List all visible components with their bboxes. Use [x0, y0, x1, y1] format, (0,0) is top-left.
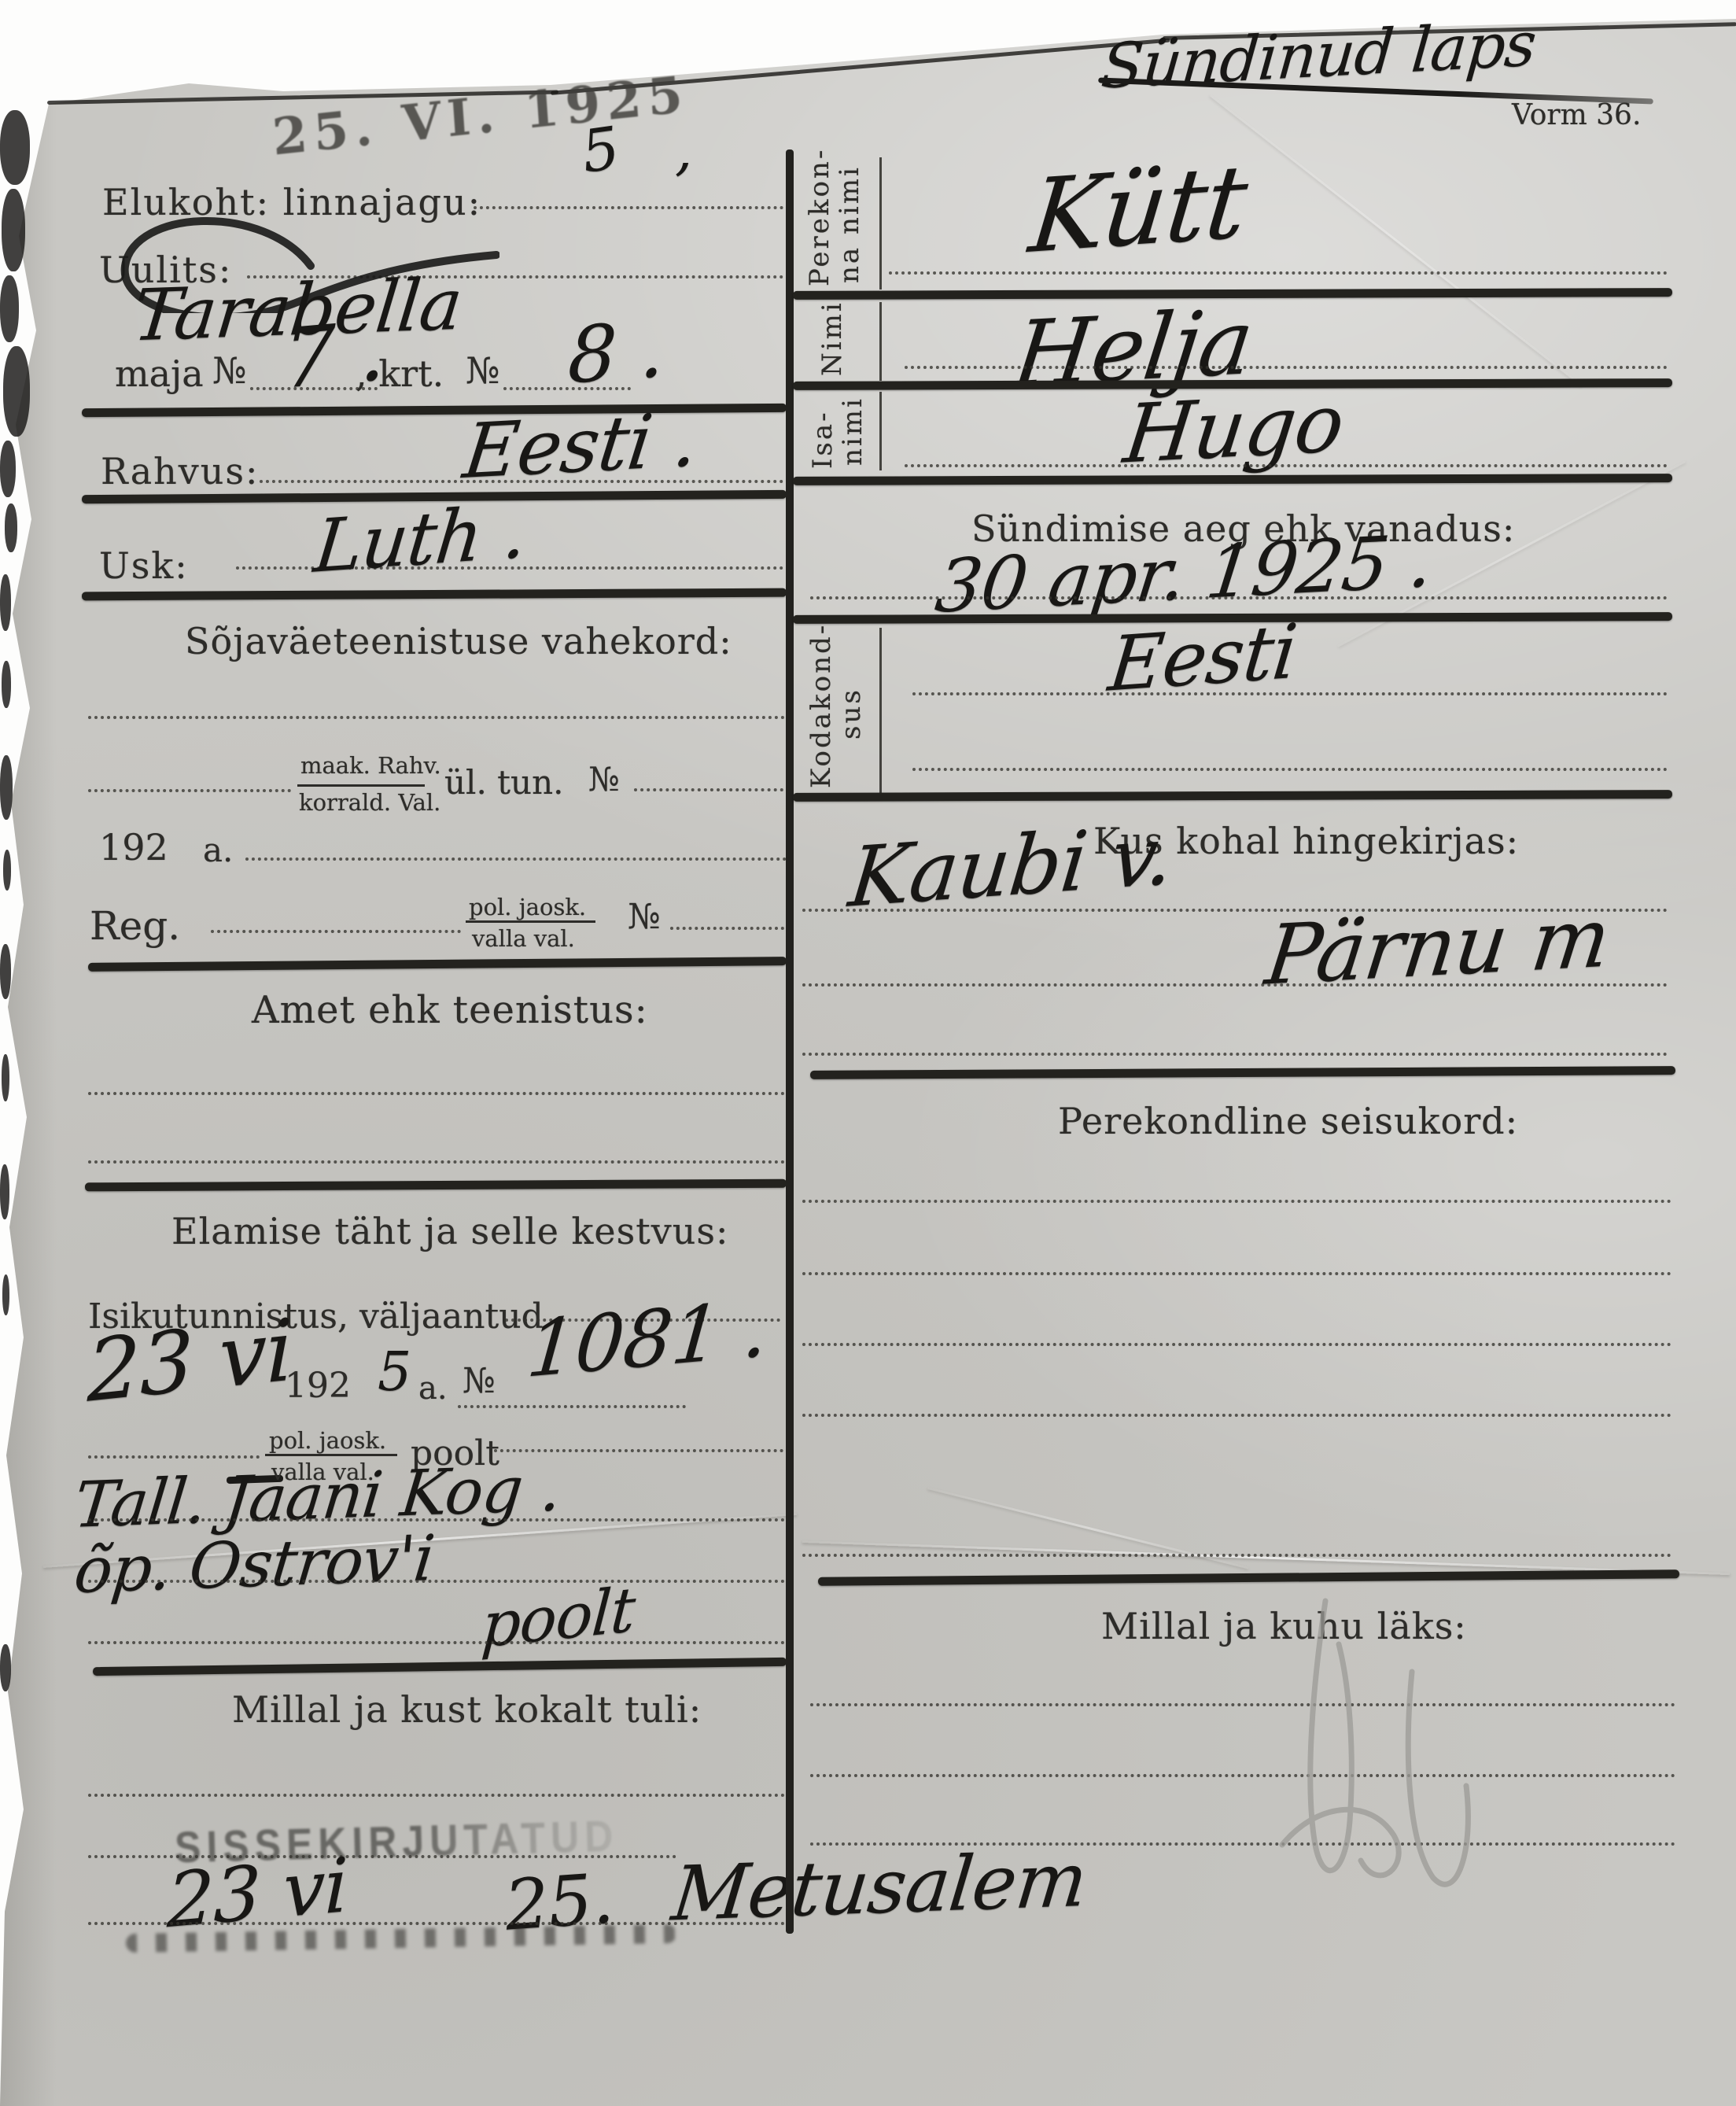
apt-no-handwriting: 8 .: [566, 304, 665, 401]
valla-val-label: valla val.: [472, 925, 575, 952]
dotted-line: [802, 1554, 1671, 1557]
military-header: Sõjaväeteenistuse vahekord:: [185, 620, 732, 662]
kodakondsus-label: sus: [835, 688, 867, 739]
millal-tuli-header: Millal ja kust kokalt tuli:: [232, 1688, 702, 1731]
maja-no-sign: №: [212, 349, 247, 392]
dotted-line: [802, 1343, 1671, 1346]
nimi-label: Nimi: [816, 301, 848, 376]
label-separator: [879, 302, 882, 381]
torn-edge-shadow: [2, 1274, 9, 1315]
rahvus-label: Rahvus:: [101, 450, 259, 492]
dotted-line: [912, 768, 1668, 771]
dotted-line: [88, 1580, 785, 1583]
label-separator: [879, 628, 882, 795]
torn-edge-shadow: [5, 503, 17, 552]
dotted-line: [245, 858, 787, 861]
dotted-line: [905, 464, 1668, 467]
label-separator: [879, 392, 882, 470]
isanimi-label: Isa-: [807, 410, 839, 469]
torn-edge-shadow: [0, 275, 19, 342]
dotted-line: [802, 983, 1668, 987]
torn-edge-shadow: [3, 850, 11, 891]
dotted-line: [88, 1092, 785, 1095]
maak-rahv-label: maak. Rahv.: [300, 752, 441, 779]
dotted-line: [810, 1842, 1675, 1846]
dotted-line: [802, 1272, 1671, 1275]
torn-edge-shadow: [2, 189, 25, 271]
ul-tun-no-sign: №: [588, 760, 620, 799]
dotted-line: [810, 1774, 1675, 1777]
dotted-line: [88, 716, 785, 719]
torn-edge-shadow: [0, 755, 13, 820]
dotted-line: [905, 366, 1668, 369]
dotted-line: [634, 788, 783, 791]
pol-jaosk-label-2: pol. jaosk.: [269, 1427, 386, 1454]
torn-edge-shadow: [0, 944, 11, 999]
dotted-line: [802, 1053, 1668, 1056]
dotted-line: [670, 927, 784, 930]
dotted-line: [810, 596, 1668, 599]
krt-label: , krt.: [356, 352, 444, 395]
korrald-val-label: korrald. Val.: [299, 789, 440, 816]
dotted-line: [889, 271, 1668, 275]
krt-no-sign: №: [466, 349, 500, 392]
fraction-line: [297, 784, 425, 787]
hingekirjas-value2-handwriting: Pärnu m: [1261, 889, 1615, 1004]
torn-edge-shadow: [2, 1054, 9, 1101]
year-label: 192: [99, 826, 168, 869]
id-year-handwriting: 5: [378, 1341, 411, 1403]
dotted-line: [88, 1922, 785, 1925]
reg-no-sign: №: [628, 897, 661, 937]
dotted-line: [802, 1200, 1671, 1203]
fraction-line: [466, 920, 595, 923]
usk-label: Usk:: [99, 544, 189, 587]
torn-edge-shadow: [0, 1644, 11, 1691]
year-a-label: a.: [203, 831, 233, 869]
torn-edge-shadow: [0, 441, 16, 497]
seisukord-header: Perekondline seisukord:: [1058, 1100, 1518, 1142]
dotted-line: [88, 1641, 785, 1644]
reg-date-handwriting: 23 vi: [166, 1842, 348, 1946]
dotted-line: [88, 789, 291, 792]
dotted-line: [88, 1455, 260, 1459]
torn-edge-shadow: [0, 1164, 9, 1219]
fraction-line: [265, 1454, 397, 1456]
id-a-label: a.: [418, 1370, 448, 1407]
dotted-line: [802, 1414, 1671, 1417]
kodakondsus-label: Kodakond-: [805, 623, 837, 788]
divider-line: [786, 149, 794, 1934]
issuer-line2-handwriting: õp. Ostrov'i: [71, 1521, 437, 1607]
dotted-line: [912, 692, 1668, 695]
dotted-line: [211, 930, 461, 933]
id-year-printed: 192: [285, 1366, 351, 1406]
perekonnanimi-label: Perekon-: [804, 148, 835, 286]
maja-label: maja: [115, 352, 204, 395]
usk-value-handwriting: Luth .: [311, 489, 531, 589]
dotted-line: [458, 1405, 686, 1408]
rahvus-value-handwriting: Eesti .: [459, 396, 702, 496]
scanned-document: Sündinud laps Vorm 36. 25. VI. 1925 5 , …: [0, 0, 1736, 2106]
date-tick-handwriting: ,: [675, 118, 691, 183]
torn-edge-shadow: [2, 661, 11, 708]
pol-jaosk-label: pol. jaosk.: [469, 894, 586, 920]
dotted-line: [88, 1794, 785, 1797]
form-number: Vorm 36.: [1512, 99, 1641, 131]
perekonnanimi-label: na nimi: [834, 165, 865, 283]
surname-handwriting: Kütt: [1024, 143, 1251, 277]
ul-tun-label: ül. tun.: [444, 763, 564, 802]
torn-edge-shadow: [3, 346, 30, 437]
dotted-line: [810, 1703, 1675, 1706]
id-no-sign: №: [463, 1361, 496, 1401]
reg-label: Reg.: [90, 903, 180, 949]
isanimi-label: nimi: [837, 396, 868, 466]
label-separator: [879, 157, 882, 290]
amet-header: Amet ehk teenistus:: [252, 988, 648, 1032]
torn-edge-shadow: [0, 574, 11, 631]
torn-edge-shadow: [0, 110, 30, 185]
pencil-scribble: [1251, 1585, 1534, 1900]
elamise-header: Elamise täht ja selle kestvus:: [171, 1210, 728, 1252]
dotted-line: [88, 1160, 785, 1164]
dotted-line: [474, 206, 783, 209]
